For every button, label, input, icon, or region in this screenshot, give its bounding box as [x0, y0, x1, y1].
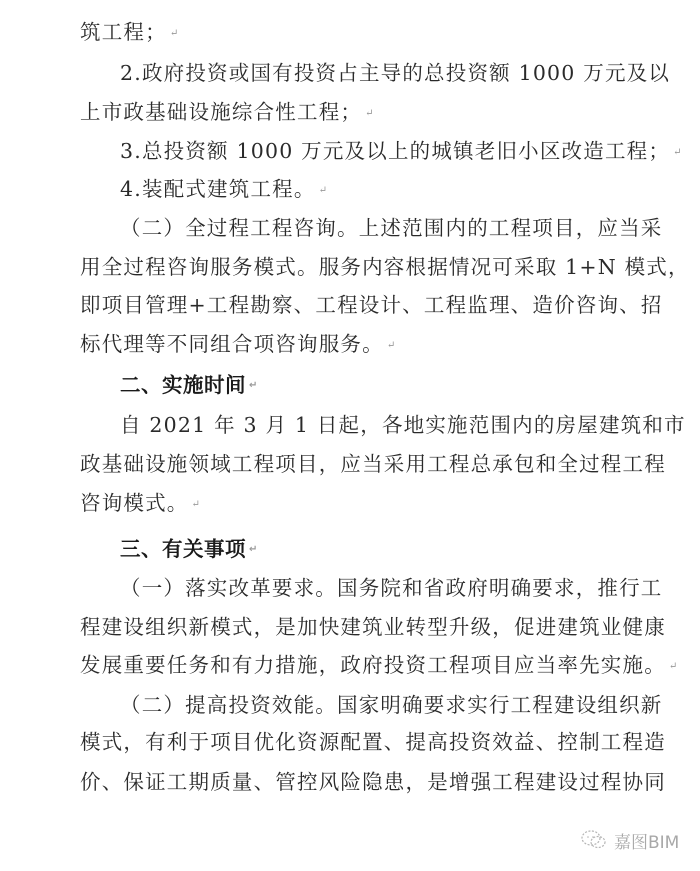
paragraph-mark-icon: ↵ [365, 108, 373, 119]
doc-line-18: 模式，有利于项目优化资源配置、提高投资效益、控制工程造 [80, 727, 666, 757]
section-heading-implementation-time: 二、实施时间↵ [120, 370, 257, 400]
doc-line-5: （二）全过程工程咨询。上述范围内的工程项目，应当采 [120, 213, 663, 243]
wechat-icon [580, 829, 608, 851]
paragraph-mark-icon: ↵ [249, 380, 257, 391]
doc-line-17: （二）提高投资效能。国家明确要求实行工程建设组织新 [120, 690, 663, 720]
doc-line-2: 上市政基础设施综合性工程；↵ [80, 97, 374, 127]
doc-line-15: 程建设组织新模式，是加快建筑业转型升级，促进建筑业健康 [80, 612, 666, 642]
doc-line-4: 4.装配式建筑工程。↵ [120, 174, 327, 204]
watermark-text: 嘉图BIM [614, 828, 679, 853]
doc-line-14: （一）落实改革要求。国务院和省政府明确要求，推行工 [120, 573, 663, 603]
paragraph-mark-icon: ↵ [673, 147, 681, 158]
doc-line-7: 即项目管理+工程勘察、工程设计、工程监理、造价咨询、招 [80, 290, 663, 320]
paragraph-mark-icon: ↵ [249, 544, 257, 555]
paragraph-mark-icon: ↵ [319, 185, 327, 196]
watermark: 嘉图BIM [580, 825, 679, 855]
doc-line-3: 3.总投资额 1000 万元及以上的城镇老旧小区改造工程；↵ [120, 136, 681, 166]
doc-line-11: 政基础设施领域工程项目，应当采用工程总承包和全过程工程 [80, 449, 666, 479]
doc-line-1: 2.政府投资或国有投资占主导的总投资额 1000 万元及以 [120, 58, 670, 88]
doc-line-6: 用全过程咨询服务模式。服务内容根据情况可采取 1+N 模式， [80, 252, 690, 282]
doc-line-19: 价、保证工期质量、管控风险隐患，是增强工程建设过程协同 [80, 767, 666, 797]
doc-line-16: 发展重要任务和有力措施，政府投资工程项目应当率先实施。↵ [80, 650, 677, 680]
doc-line-10: 自 2021 年 3 月 1 日起，各地实施范围内的房屋建筑和市 [120, 410, 686, 440]
paragraph-mark-icon: ↵ [669, 661, 677, 672]
doc-line-12: 咨询模式。↵ [80, 488, 200, 518]
paragraph-mark-icon: ↵ [170, 28, 178, 39]
doc-line-0: 筑工程；↵ [80, 17, 178, 47]
section-heading-related-matters: 三、有关事项↵ [120, 534, 257, 564]
paragraph-mark-icon: ↵ [387, 340, 395, 351]
paragraph-mark-icon: ↵ [192, 499, 200, 510]
doc-line-8: 标代理等不同组合项咨询服务。↵ [80, 329, 395, 359]
